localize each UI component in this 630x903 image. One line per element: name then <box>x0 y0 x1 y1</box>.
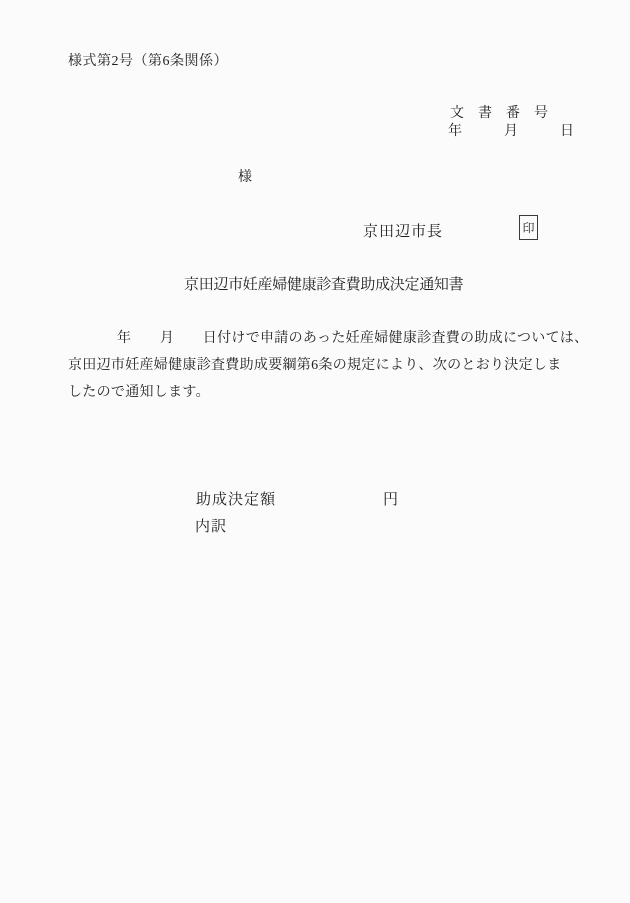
document-page: 様式第2号（第6条関係） 文 書 番 号 年 月 日 様 京田辺市長 印 京田辺… <box>0 0 630 903</box>
amount-unit-label: 円 <box>383 488 398 509</box>
document-title: 京田辺市妊産婦健康診査費助成決定通知書 <box>184 273 463 294</box>
date-line: 年 月 日 <box>448 120 574 140</box>
body-line-3: したので通知します。 <box>68 381 210 401</box>
addressee-honorific: 様 <box>238 166 252 186</box>
breakdown-label: 内訳 <box>195 515 227 536</box>
sender-name: 京田辺市長 <box>363 220 443 241</box>
seal-stamp-box: 印 <box>519 215 538 240</box>
doc-number-label: 文 書 番 号 <box>450 102 548 122</box>
body-line-1: 年 月 日付けで申請のあった妊産婦健康診査費の助成については、 <box>117 327 588 347</box>
form-number-label: 様式第2号（第6条関係） <box>68 50 228 70</box>
amount-label: 助成決定額 <box>196 488 276 509</box>
body-line-2: 京田辺市妊産婦健康診査費助成要綱第6条の規定により、次のとおり決定しま <box>68 354 562 374</box>
